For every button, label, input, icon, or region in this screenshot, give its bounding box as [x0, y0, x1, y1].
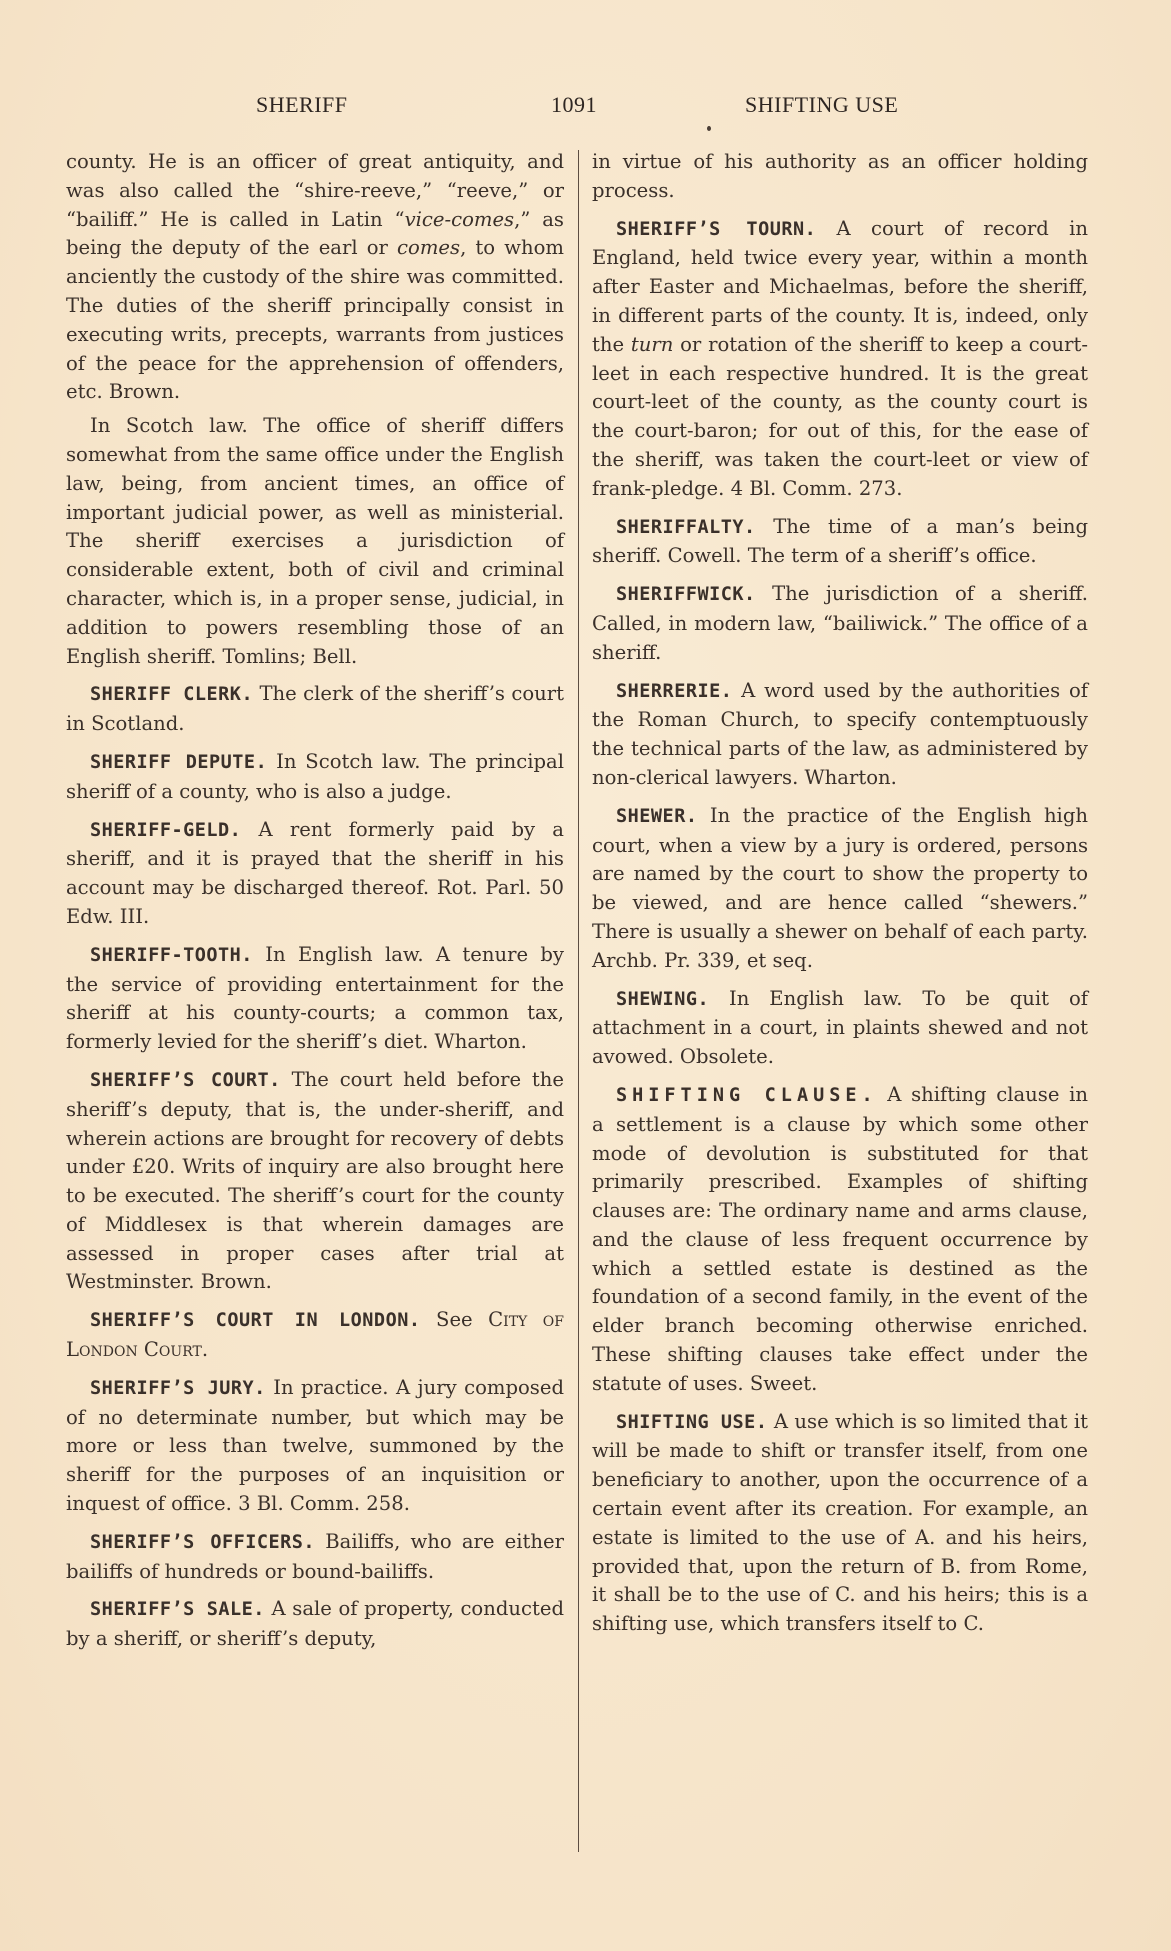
header-first-term: SHERIFF	[256, 92, 348, 118]
headword: SHERIFF’S COURT.	[90, 1070, 281, 1091]
entry-sheriff-tooth: SHERIFF-TOOTH. In English law. A tenure …	[66, 941, 564, 1057]
definition: See	[421, 1308, 489, 1331]
definition: A shifting clause in a settlement is a c…	[592, 1083, 1088, 1395]
headword: SHERIFFALTY.	[616, 517, 756, 538]
entry-text: , to whom anciently the custody of the s…	[66, 236, 564, 403]
headword: SHIFTING CLAUSE.	[616, 1085, 878, 1106]
entry-continuation: in virtue of his authority as an officer…	[592, 148, 1088, 206]
entry-sheriffs-jury: SHERIFF’S JURY. In practice. A jury comp…	[66, 1374, 564, 1519]
entry-text: In Scotch law. The office of sheriff dif…	[66, 414, 564, 667]
entry-sheriffs-court: SHERIFF’S COURT. The court held before t…	[66, 1066, 564, 1297]
definition: or rotation of the sheriff to keep a cou…	[592, 333, 1088, 500]
headword: SHERIFF’S OFFICERS.	[90, 1532, 315, 1553]
entry-sheriffs-tourn: SHERIFF’S TOURN. A court of record in En…	[592, 215, 1088, 504]
entry-sheriff-depute: SHERIFF DEPUTE. In Scotch law. The princ…	[66, 748, 564, 807]
entry-shifting-clause: SHIFTING CLAUSE. A shifting clause in a …	[592, 1081, 1088, 1399]
headword: SHIFTING USE.	[616, 1412, 767, 1433]
headword: SHEWER.	[616, 806, 697, 827]
dictionary-page: SHERIFF 1091 SHIFTING USE county. He is …	[0, 0, 1171, 1951]
running-header: SHERIFF 1091 SHIFTING USE	[0, 92, 1171, 122]
headword: SHERIFF CLERK.	[90, 684, 253, 705]
entry-sherrerie: SHERRERIE. A word used by the authoritie…	[592, 677, 1088, 793]
punctuation: .	[202, 1338, 208, 1361]
headword: SHERIFF-GELD.	[90, 820, 241, 841]
headword: SHERIFF-TOOTH.	[90, 945, 253, 966]
entry-scotch-law-paragraph: In Scotch law. The office of sheriff dif…	[66, 412, 564, 671]
entry-continuation: county. He is an officer of great antiqu…	[66, 148, 564, 407]
latin-term: comes	[397, 236, 460, 259]
ink-speck	[707, 126, 711, 131]
entry-sheriffs-officers: SHERIFF’S OFFICERS. Bailiffs, who are ei…	[66, 1528, 564, 1587]
latin-term: vice-comes	[405, 208, 515, 231]
definition: A use which is so limited that it will b…	[592, 1410, 1088, 1636]
definition: In the practice of the English high cour…	[592, 804, 1088, 972]
entry-text: in virtue of his authority as an officer…	[592, 150, 1088, 202]
headword: SHERIFF’S SALE.	[90, 1599, 265, 1620]
entry-sheriff-clerk: SHERIFF CLERK. The clerk of the sheriff’…	[66, 680, 564, 739]
headword: SHERIFF’S JURY.	[90, 1378, 266, 1399]
definition: The court held before the sheriff’s depu…	[66, 1068, 564, 1294]
headword: SHERIFF’S TOURN.	[616, 219, 816, 240]
left-column: county. He is an officer of great antiqu…	[66, 148, 564, 1663]
entry-shewer: SHEWER. In the practice of the English h…	[592, 802, 1088, 976]
column-rule	[578, 150, 579, 1852]
entry-sheriffs-sale: SHERIFF’S SALE. A sale of property, cond…	[66, 1595, 564, 1654]
headword: SHEWING.	[616, 989, 709, 1010]
right-column: in virtue of his authority as an officer…	[592, 148, 1088, 1648]
headword: SHERIFF DEPUTE.	[90, 752, 267, 773]
page-number: 1091	[551, 92, 597, 118]
entry-shifting-use: SHIFTING USE. A use which is so limited …	[592, 1408, 1088, 1639]
entry-sheriffwick: SHERIFFWICK. The jurisdiction of a sheri…	[592, 580, 1088, 667]
entry-shewing: SHEWING. In English law. To be quit of a…	[592, 985, 1088, 1072]
headword: SHERRERIE.	[616, 681, 732, 702]
headword: SHERIFFWICK.	[616, 584, 756, 605]
italic-term: turn	[631, 333, 673, 356]
entry-sheriffalty: SHERIFFALTY. The time of a man’s being s…	[592, 513, 1088, 572]
entry-sheriffs-court-in-london: SHERIFF’S COURT IN LONDON. See City of L…	[66, 1306, 564, 1365]
header-last-term: SHIFTING USE	[745, 92, 898, 118]
headword: SHERIFF’S COURT IN LONDON.	[90, 1310, 421, 1331]
entry-sheriff-geld: SHERIFF-GELD. A rent formerly paid by a …	[66, 816, 564, 932]
